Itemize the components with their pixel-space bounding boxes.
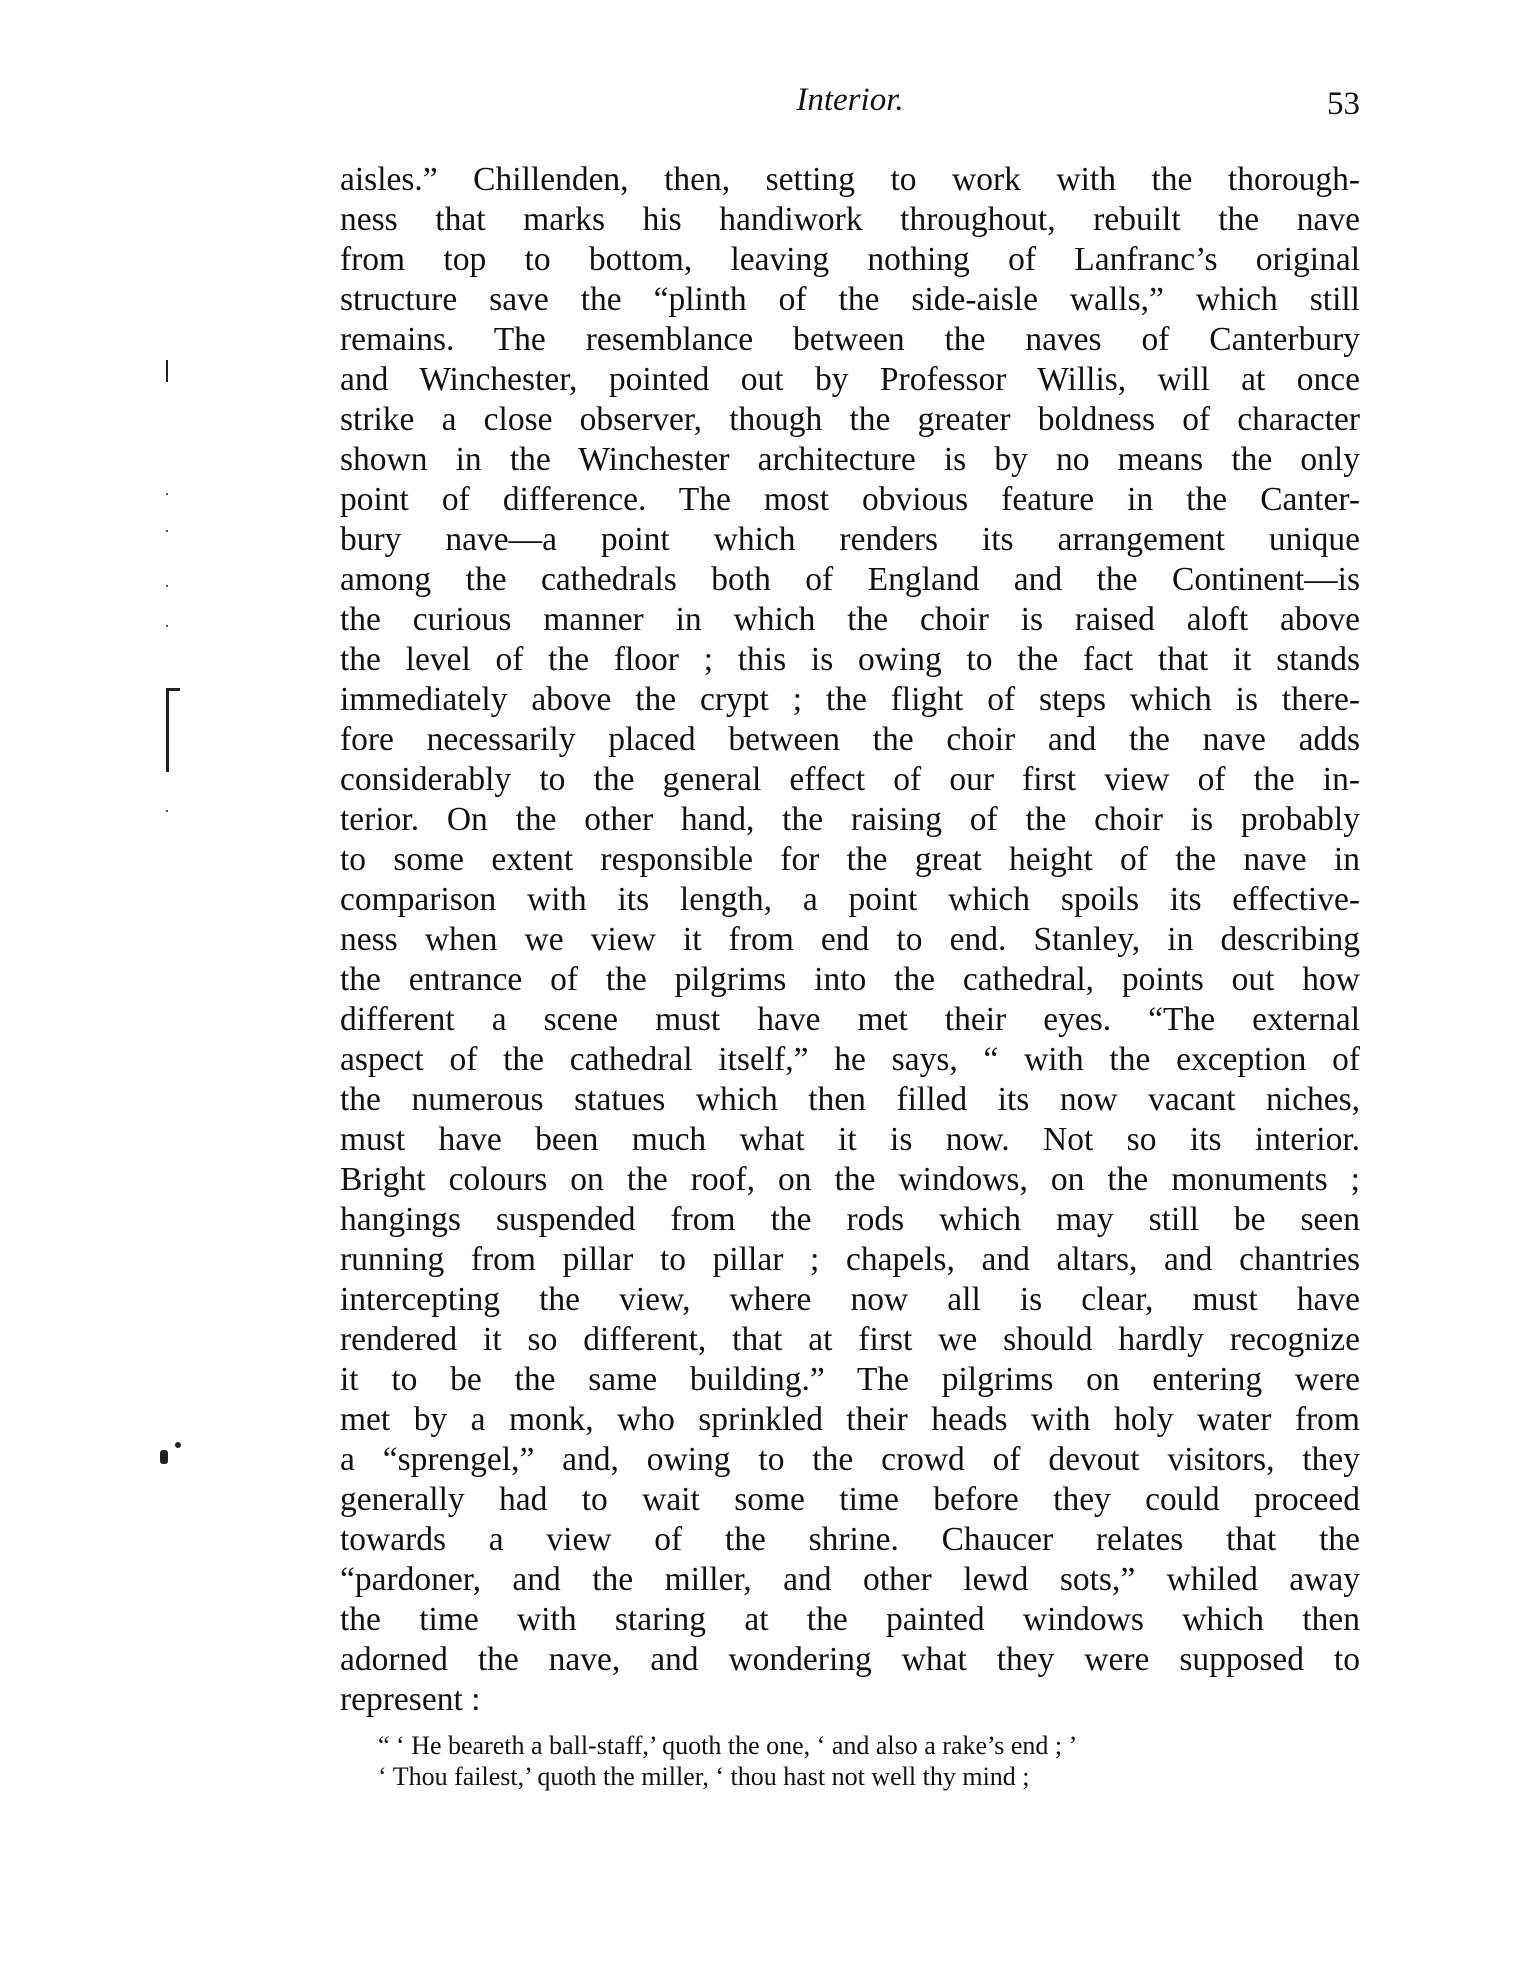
margin-speck	[166, 810, 168, 812]
text-line: hangings suspended from the rods which m…	[340, 1200, 1360, 1240]
text-line: terior. On the other hand, the raising o…	[340, 800, 1360, 840]
text-line: a “sprengel,” and, owing to the crowd of…	[340, 1440, 1360, 1480]
text-line: running from pillar to pillar ; chapels,…	[340, 1240, 1360, 1280]
text-line: considerably to the general effect of ou…	[340, 760, 1360, 800]
margin-blot	[160, 1450, 168, 1464]
text-line: among the cathedrals both of England and…	[340, 560, 1360, 600]
text-line: the numerous statues which then filled i…	[340, 1080, 1360, 1120]
text-line: intercepting the view, where now all is …	[340, 1280, 1360, 1320]
running-title: Interior.	[340, 82, 1360, 119]
margin-speck	[166, 530, 168, 532]
text-line: comparison with its length, a point whic…	[340, 880, 1360, 920]
text-line: generally had to wait some time before t…	[340, 1480, 1360, 1520]
verse-quotation: “ ‘ He beareth a ball-staff,’ quoth the …	[378, 1730, 1278, 1792]
margin-mark	[166, 360, 168, 382]
margin-blot	[175, 1442, 181, 1448]
text-line: shown in the Winchester architecture is …	[340, 440, 1360, 480]
margin-bracket	[166, 688, 180, 691]
text-line: Bright colours on the roof, on the windo…	[340, 1160, 1360, 1200]
text-line: bury nave—a point which renders its arra…	[340, 520, 1360, 560]
text-line: the curious manner in which the choir is…	[340, 600, 1360, 640]
text-line: different a scene must have met their ey…	[340, 1000, 1360, 1040]
text-line: strike a close observer, though the grea…	[340, 400, 1360, 440]
text-line: “pardoner, and the miller, and other lew…	[340, 1560, 1360, 1600]
text-line: the time with staring at the painted win…	[340, 1600, 1360, 1640]
text-line: adorned the nave, and wondering what the…	[340, 1640, 1360, 1680]
text-line: it to be the same building.” The pilgrim…	[340, 1360, 1360, 1400]
verse-line: ‘ Thou failest,’ quoth the miller, ‘ tho…	[378, 1761, 1278, 1792]
text-line: point of difference. The most obvious fe…	[340, 480, 1360, 520]
text-line: rendered it so different, that at first …	[340, 1320, 1360, 1360]
text-line: represent :	[340, 1680, 1360, 1720]
text-line: aisles.” Chillenden, then, setting to wo…	[340, 160, 1360, 200]
text-line: must have been much what it is now. Not …	[340, 1120, 1360, 1160]
page-header: Interior. 53	[340, 82, 1360, 126]
text-line: ness when we view it from end to end. St…	[340, 920, 1360, 960]
verse-line: “ ‘ He beareth a ball-staff,’ quoth the …	[378, 1730, 1278, 1761]
text-line: fore necessarily placed between the choi…	[340, 720, 1360, 760]
text-line: the level of the floor ; this is owing t…	[340, 640, 1360, 680]
page-number: 53	[1327, 86, 1360, 123]
body-paragraph: aisles.” Chillenden, then, setting to wo…	[340, 160, 1360, 1720]
margin-speck	[166, 585, 168, 587]
text-line: the entrance of the pilgrims into the ca…	[340, 960, 1360, 1000]
text-line: immediately above the crypt ; the flight…	[340, 680, 1360, 720]
margin-speck	[166, 493, 168, 495]
text-line: met by a monk, who sprinkled their heads…	[340, 1400, 1360, 1440]
text-line: aspect of the cathedral itself,” he says…	[340, 1040, 1360, 1080]
text-line: to some extent responsible for the great…	[340, 840, 1360, 880]
margin-bracket	[166, 688, 169, 772]
text-line: remains. The resemblance between the nav…	[340, 320, 1360, 360]
margin-speck	[166, 625, 168, 627]
text-line: from top to bottom, leaving nothing of L…	[340, 240, 1360, 280]
text-line: structure save the “plinth of the side-a…	[340, 280, 1360, 320]
text-line: and Winchester, pointed out by Professor…	[340, 360, 1360, 400]
text-line: ness that marks his handiwork throughout…	[340, 200, 1360, 240]
text-line: towards a view of the shrine. Chaucer re…	[340, 1520, 1360, 1560]
